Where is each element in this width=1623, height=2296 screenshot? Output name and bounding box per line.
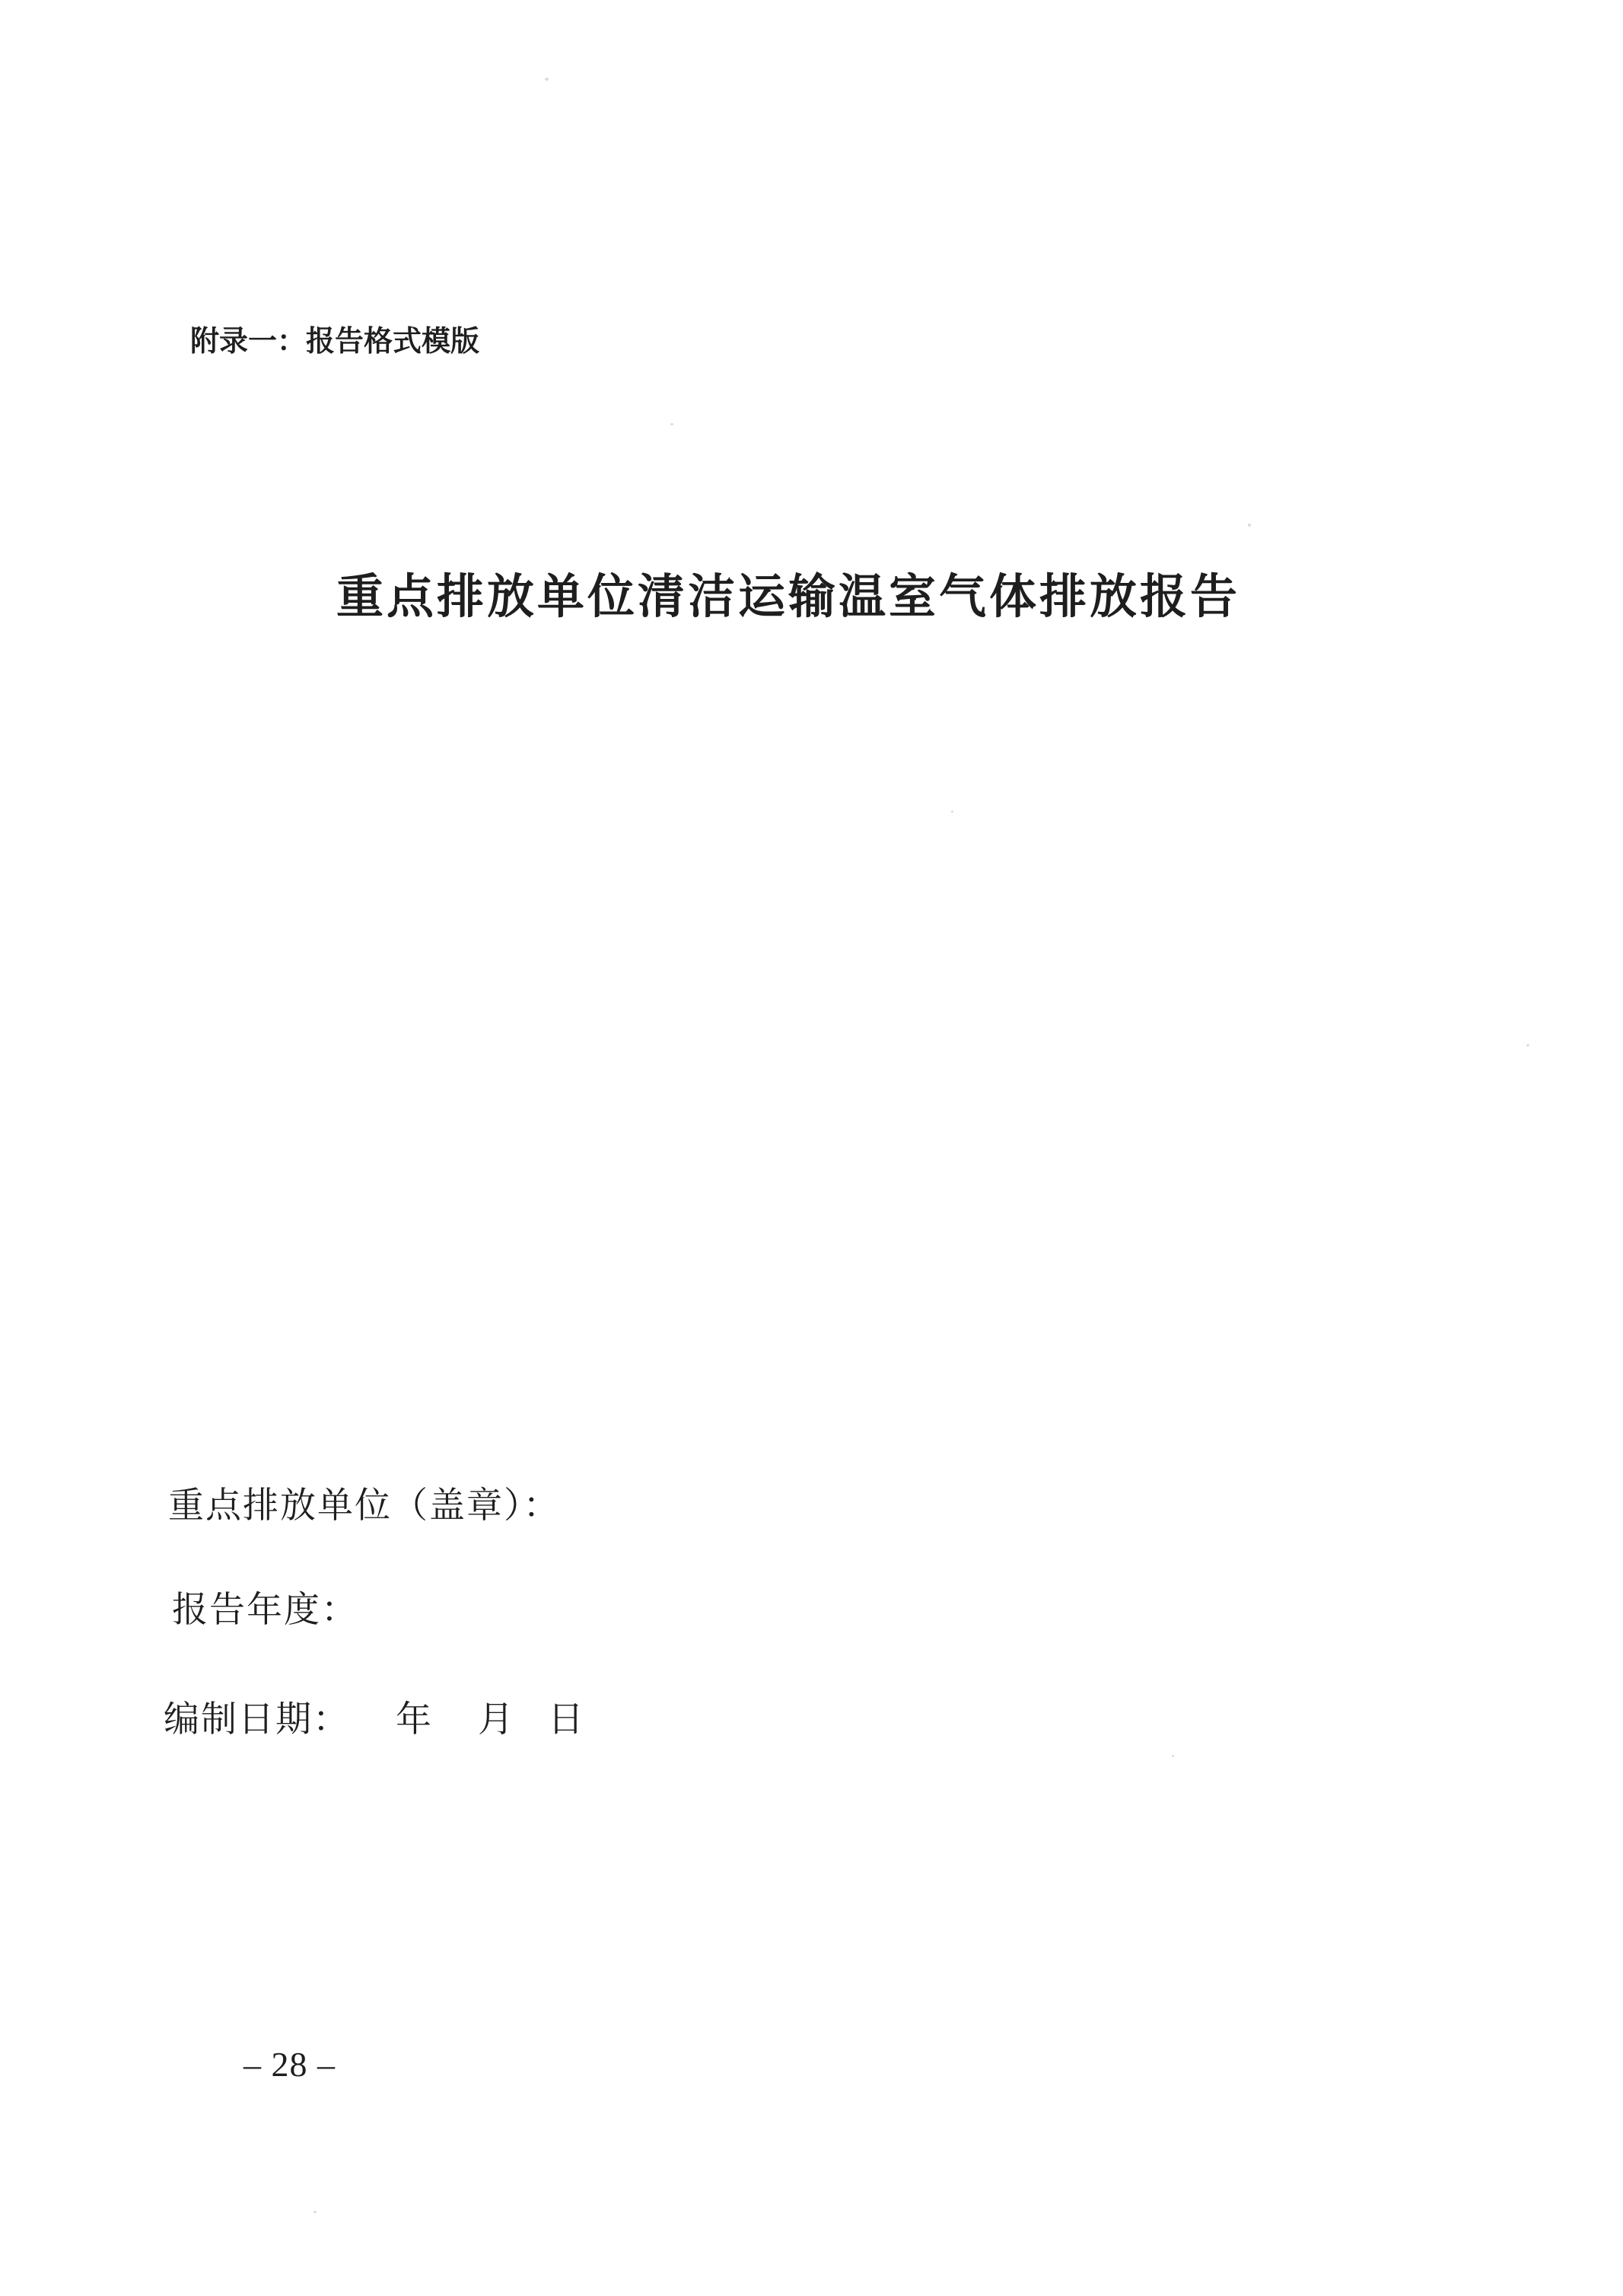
appendix-label: 附录一：报告格式模版 (190, 326, 479, 359)
scan-speck (670, 423, 673, 425)
scan-speck (545, 78, 549, 81)
scan-speck (1526, 1044, 1529, 1046)
document-title: 重点排放单位清洁运输温室气体排放报告 (336, 571, 1240, 625)
document-page: 附录一：报告格式模版 重点排放单位清洁运输温室气体排放报告 重点排放单位（盖章）… (0, 0, 1623, 2296)
scan-speck (1172, 1755, 1174, 1757)
compile-date-line: 编制日期：年月日 (164, 1699, 585, 1740)
date-year-char: 年 (396, 1700, 433, 1740)
scan-speck (1248, 524, 1251, 527)
report-year-label: 报告年度： (172, 1591, 358, 1630)
date-month-char: 月 (478, 1700, 515, 1740)
date-day-char: 日 (548, 1700, 585, 1740)
unit-seal-line: 重点排放单位（盖章）： (168, 1486, 561, 1527)
compile-date-label: 编制日期： (164, 1700, 350, 1740)
scan-speck (313, 2211, 317, 2213)
report-year-line: 报告年度： (172, 1590, 358, 1631)
page-number: – 28 – (243, 2044, 336, 2084)
scan-speck (951, 810, 953, 813)
unit-seal-label: 重点排放单位（盖章）： (168, 1486, 561, 1526)
